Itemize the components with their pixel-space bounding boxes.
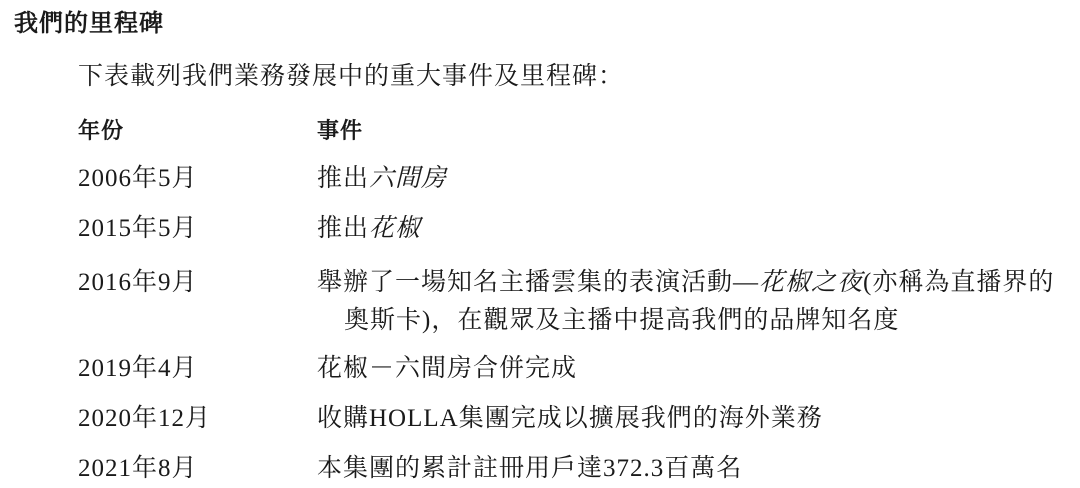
event-text: 推出 bbox=[317, 165, 369, 192]
event-text: 收購HOLLA集團完成以擴展我們的海外業務 bbox=[317, 405, 823, 432]
document-page: 我們的里程碑 下表載列我們業務發展中的重大事件及里程碑： 年份 事件 2006年… bbox=[0, 0, 1080, 484]
milestone-event: 本集團的累計註冊用戶達372.3百萬名 bbox=[317, 454, 1062, 484]
event-text-italic: 花椒之夜 bbox=[759, 269, 863, 296]
event-text: 花椒－六間房合併完成 bbox=[317, 355, 577, 382]
column-header-year: 年份 bbox=[78, 118, 317, 144]
table-row: 2015年5月 推出花椒 bbox=[78, 214, 1062, 244]
milestone-event: 舉辦了一場知名主播雲集的表演活動—花椒之夜(亦稱為直播界的奧斯卡)，在觀眾及主播… bbox=[317, 264, 1062, 340]
table-row: 2020年12月 收購HOLLA集團完成以擴展我們的海外業務 bbox=[78, 404, 1062, 434]
milestone-year: 2016年9月 bbox=[78, 264, 317, 302]
event-text-italic: 花椒 bbox=[369, 215, 421, 242]
column-header-event: 事件 bbox=[317, 118, 1062, 144]
table-header-row: 年份 事件 bbox=[78, 118, 1062, 144]
milestone-event: 收購HOLLA集團完成以擴展我們的海外業務 bbox=[317, 404, 1062, 434]
milestone-event: 推出花椒 bbox=[317, 214, 1062, 244]
section-heading: 我們的里程碑 bbox=[14, 10, 1062, 38]
event-text: 本集團的累計註冊用戶達372.3百萬名 bbox=[317, 455, 742, 482]
table-row: 2019年4月 花椒－六間房合併完成 bbox=[78, 354, 1062, 384]
intro-paragraph: 下表載列我們業務發展中的重大事件及里程碑： bbox=[78, 62, 1062, 92]
milestone-year: 2021年8月 bbox=[78, 454, 317, 484]
milestone-year: 2019年4月 bbox=[78, 354, 317, 384]
milestone-event: 推出六間房 bbox=[317, 164, 1062, 194]
event-text: 舉辦了一場知名主播雲集的表演活動— bbox=[317, 269, 759, 296]
table-row: 2006年5月 推出六間房 bbox=[78, 164, 1062, 194]
table-row: 2021年8月 本集團的累計註冊用戶達372.3百萬名 bbox=[78, 454, 1062, 484]
milestone-year: 2020年12月 bbox=[78, 404, 317, 434]
event-text-italic: 六間房 bbox=[369, 165, 447, 192]
milestones-table: 年份 事件 2006年5月 推出六間房 2015年5月 推出花椒 2016年9月… bbox=[78, 118, 1062, 484]
milestone-event: 花椒－六間房合併完成 bbox=[317, 354, 1062, 384]
milestone-year: 2015年5月 bbox=[78, 214, 317, 244]
event-text: 推出 bbox=[317, 215, 369, 242]
milestone-year: 2006年5月 bbox=[78, 164, 317, 194]
table-row: 2016年9月 舉辦了一場知名主播雲集的表演活動—花椒之夜(亦稱為直播界的奧斯卡… bbox=[78, 264, 1062, 340]
